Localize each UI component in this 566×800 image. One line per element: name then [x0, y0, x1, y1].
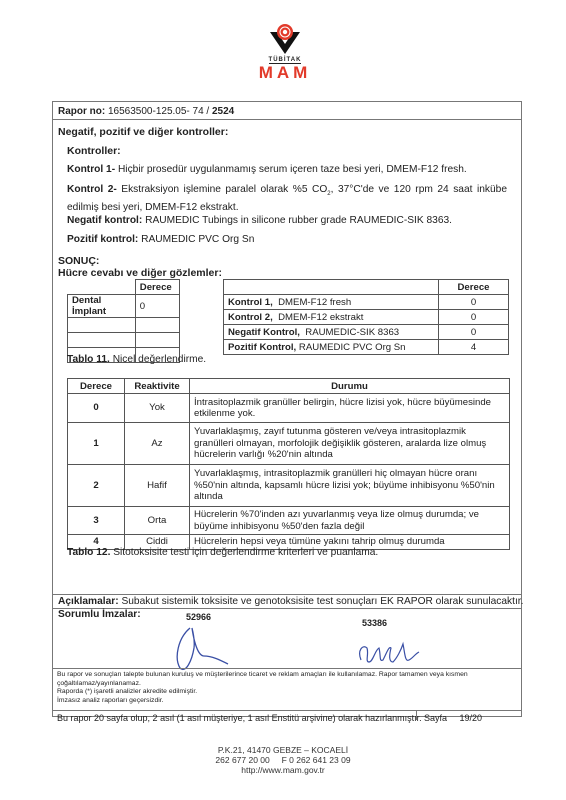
table-11-left-header: Derece	[135, 280, 179, 295]
divider	[53, 668, 521, 669]
page-number: Sayfa 19/20	[424, 713, 482, 723]
report-number: Rapor no: 16563500-125.05- 74 / 2524	[58, 106, 234, 117]
report-frame: Rapor no: 16563500-125.05- 74 / 2524 Neg…	[52, 101, 522, 717]
signature-1-image	[168, 620, 238, 675]
result-title: SONUÇ:	[58, 255, 99, 267]
table-12-caption: Tablo 12. Sitotoksisite testi için değer…	[67, 547, 378, 558]
negative-control: Negatif kontrol: RAUMEDIC Tubings in sil…	[67, 215, 452, 226]
tubitak-emblem-icon	[268, 22, 302, 56]
notes: Açıklamalar: Subakut sistemik toksisite …	[58, 596, 523, 607]
signatures-label: Sorumlu İmzalar:	[58, 609, 141, 620]
table-12-criteria: Derece Reaktivite Durumu 0 Yok İntrasito…	[67, 378, 510, 550]
table-11-caption: Tablo 11. Nicel değerlendirme.	[67, 354, 206, 365]
table-11-controls: Derece Kontrol 1, DMEM-F12 fresh 0 Kontr…	[223, 279, 509, 355]
table-row: 2 Hafif Yuvarlaklaşmış, intrasitoplazmik…	[68, 465, 510, 507]
signature-2-image	[353, 632, 423, 672]
table-row: 3 Orta Hücrelerin %70'inden azı yuvarlan…	[68, 507, 510, 535]
footer-phone: 262 677 20 00 F 0 262 641 23 09	[0, 755, 566, 765]
divider	[416, 710, 417, 720]
control-1: Kontrol 1- Hiçbir prosedür uygulanmamış …	[67, 164, 467, 175]
table-11-sample-name: Dental İmplant	[68, 295, 136, 318]
table-row: Negatif Kontrol, RAUMEDIC-SIK 8363 0	[224, 325, 509, 340]
footer-url[interactable]: http://www.mam.gov.tr	[0, 765, 566, 775]
signature-2-id: 53386	[362, 618, 387, 628]
section-title-controls: Negatif, pozitif ve diğer kontroller:	[58, 126, 228, 138]
table-row: Kontrol 1, DMEM-F12 fresh 0	[224, 295, 509, 310]
table-11-sample-grade: 0	[135, 295, 179, 318]
table-row: 0 Yok İntrasitoplazmik granüller belirgi…	[68, 394, 510, 423]
table-11-sample: Derece Dental İmplant 0	[67, 279, 180, 363]
page-info-text: Bu rapor 20 sayfa olup, 2 asıl (1 asıl m…	[57, 713, 422, 723]
logo-mam-text: MAM	[250, 64, 320, 82]
control-2: Kontrol 2- Ekstraksiyon işlemine paralel…	[67, 183, 507, 214]
footer: P.K.21, 41470 GEBZE – KOCAELİ 262 677 20…	[0, 745, 566, 775]
table-row: Kontrol 2, DMEM-F12 ekstrakt 0	[224, 310, 509, 325]
divider	[53, 710, 521, 711]
result-subtitle: Hücre cevabı ve diğer gözlemler:	[58, 267, 222, 279]
tubitak-mam-logo: TÜBİTAK MAM	[250, 22, 320, 92]
positive-control: Pozitif kontrol: RAUMEDIC PVC Org Sn	[67, 234, 254, 245]
table-row: Pozitif Kontrol, RAUMEDIC PVC Org Sn 4	[224, 340, 509, 355]
subsection-title-controls: Kontroller:	[67, 145, 121, 157]
divider	[53, 119, 521, 120]
footer-address: P.K.21, 41470 GEBZE – KOCAELİ	[0, 745, 566, 755]
disclaimer: Bu rapor ve sonuçları talepte bulunan ku…	[57, 671, 497, 705]
table-row: 1 Az Yuvarlaklaşmış, zayıf tutunma göste…	[68, 423, 510, 465]
divider	[53, 594, 521, 595]
table-11-right-header: Derece	[439, 280, 509, 295]
